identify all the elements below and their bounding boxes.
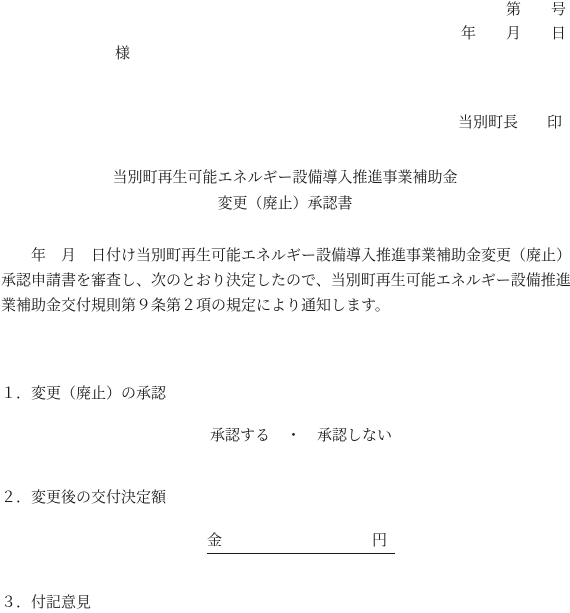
sender-name: 当別町長 bbox=[458, 115, 518, 131]
date-line: 年 月 日 bbox=[461, 25, 566, 43]
section-3-heading: ３．付記意見 bbox=[1, 594, 91, 612]
section-1-heading: １．変更（廃止）の承認 bbox=[1, 385, 166, 403]
doc-number-line: 第 号 bbox=[506, 1, 566, 19]
body-line-2: 承認申請書を審査し、次のとおり決定したので、当別町再生可能エネルギー設備推進事 bbox=[1, 269, 570, 294]
body-line-3: 業補助金交付規則第９条第２項の規定により通知します。 bbox=[1, 294, 570, 319]
choice-separator-dot: ・ bbox=[286, 427, 301, 445]
document-page: 第 号 年 月 日 様 当別町長印 当別町再生可能エネルギー設備導入推進事業補助… bbox=[0, 0, 570, 613]
approval-choice-line: 承認する ・ 承認しない bbox=[210, 427, 392, 445]
approval-option-reject: 承認しない bbox=[317, 427, 392, 445]
document-title-line2: 変更（廃止）承認書 bbox=[0, 195, 570, 213]
amount-blank-field: 金 円 bbox=[207, 532, 395, 554]
addressee-honorific: 様 bbox=[115, 46, 130, 62]
sender-line: 当別町長印 bbox=[443, 96, 562, 150]
seal-mark: 印 bbox=[547, 115, 562, 131]
document-title-line1: 当別町再生可能エネルギー設備導入推進事業補助金 bbox=[0, 169, 570, 187]
body-paragraph: 年 月 日付け当別町再生可能エネルギー設備導入推進事業補助金変更（廃止） 承認申… bbox=[1, 244, 570, 319]
amount-prefix: 金 bbox=[207, 532, 222, 553]
addressee-line: 様 bbox=[115, 45, 130, 63]
approval-option-approve: 承認する bbox=[210, 427, 270, 445]
amount-suffix: 円 bbox=[372, 532, 395, 553]
body-line-1: 年 月 日付け当別町再生可能エネルギー設備導入推進事業補助金変更（廃止） bbox=[1, 244, 570, 269]
section-2-heading: ２．変更後の交付決定額 bbox=[1, 489, 166, 507]
